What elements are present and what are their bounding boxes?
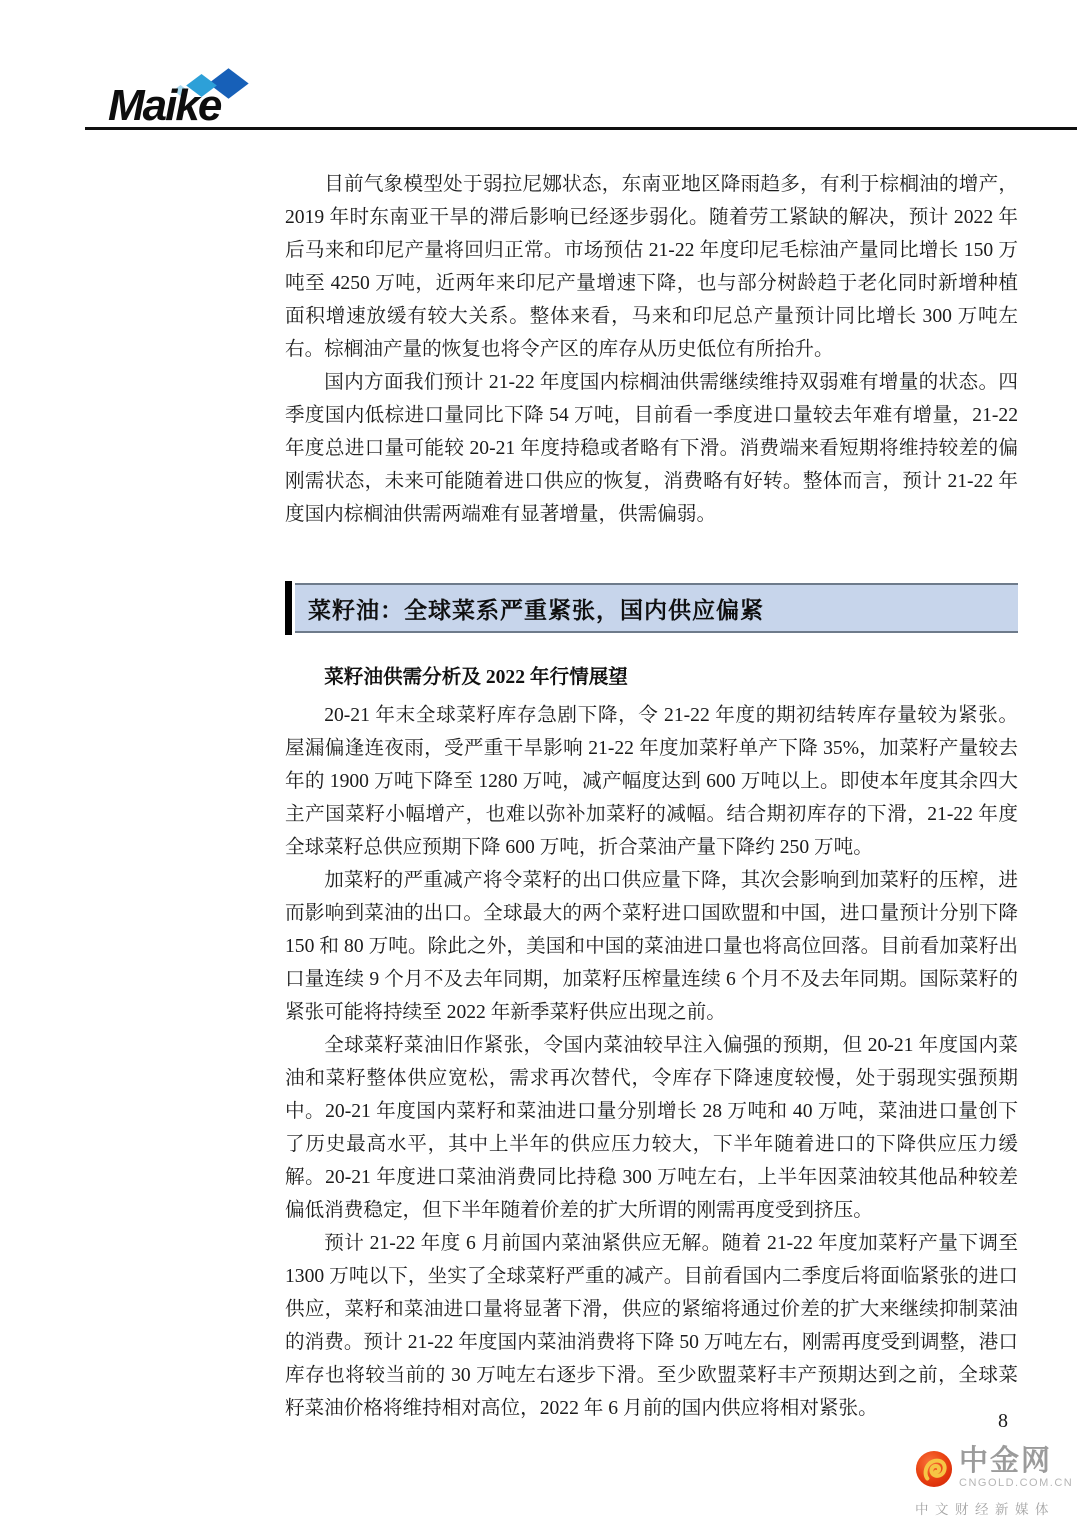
paragraph-palm-oil-domestic: 国内方面我们预计 21-22 年度国内棕榈油供需继续维持双弱难有增量的状态。四季… <box>285 366 1018 531</box>
watermark-brand-text: 中金网 <box>959 1446 1073 1476</box>
cngold-logo-icon <box>915 1450 953 1493</box>
paragraph-rapeseed-domestic-2021: 全球菜籽菜油旧作紧张，令国内菜油较早注入偏强的预期，但 20-21 年度国内菜油… <box>285 1029 1018 1227</box>
document-page: Maike 目前气象模型处于弱拉尼娜状态，东南亚地区降雨趋多，有利于棕榈油的增产… <box>0 0 1080 1526</box>
section-heading-band: 菜籽油：全球菜系严重紧张，国内供应偏紧 <box>285 583 1018 633</box>
maike-logo: Maike <box>108 70 328 128</box>
cngold-watermark: 中金网 CNGOLD.COM.CN 中文财经新媒体 <box>915 1446 1075 1518</box>
section-heading: 菜籽油：全球菜系严重紧张，国内供应偏紧 <box>308 592 764 625</box>
report-body: 目前气象模型处于弱拉尼娜状态，东南亚地区降雨趋多，有利于棕榈油的增产，2019 … <box>285 168 1018 1425</box>
section-heading-accent-bar <box>285 581 292 635</box>
watermark-tagline-text: 中文财经新媒体 <box>915 1498 1075 1518</box>
page-number: 8 <box>998 1410 1008 1433</box>
paragraph-rapeseed-global-supply: 20-21 年末全球菜籽库存急剧下降，令 21-22 年度的期初结转库存量较为紧… <box>285 699 1018 864</box>
paragraph-rapeseed-export-impact: 加菜籽的严重减产将令菜籽的出口供应量下降，其次会影响到加菜籽的压榨，进而影响到菜… <box>285 864 1018 1029</box>
watermark-domain-text: CNGOLD.COM.CN <box>959 1477 1073 1489</box>
header-rule <box>85 127 1077 130</box>
section-heading-fill: 菜籽油：全球菜系严重紧张，国内供应偏紧 <box>295 583 1018 633</box>
paragraph-palm-oil-global: 目前气象模型处于弱拉尼娜状态，东南亚地区降雨趋多，有利于棕榈油的增产，2019 … <box>285 168 1018 366</box>
section-subheading: 菜籽油供需分析及 2022 年行情展望 <box>285 663 1018 693</box>
paragraph-rapeseed-outlook-2022: 预计 21-22 年度 6 月前国内菜油紧供应无解。随着 21-22 年度加菜籽… <box>285 1227 1018 1425</box>
